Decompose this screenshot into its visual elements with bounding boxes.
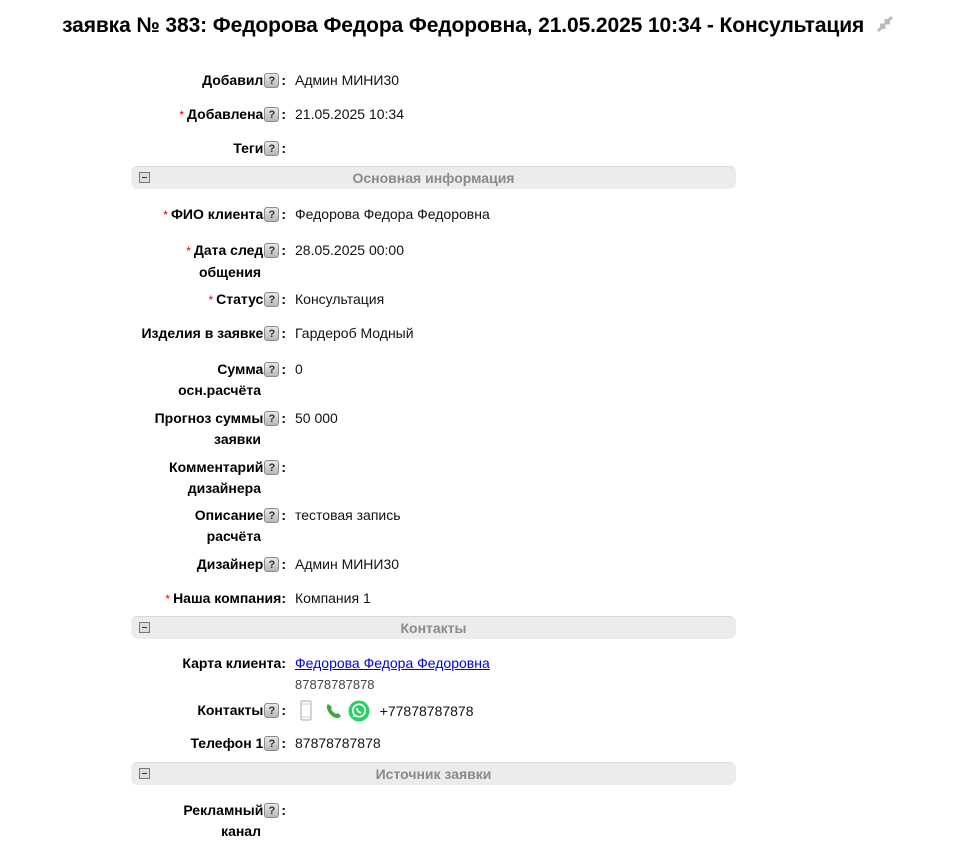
help-icon[interactable]: ? (264, 411, 279, 426)
field-label: Контакты (197, 702, 263, 718)
section-title: Контакты (131, 620, 736, 636)
field-label: Дата след (194, 242, 263, 258)
help-icon[interactable]: ? (264, 207, 279, 222)
help-icon[interactable]: ? (264, 736, 279, 751)
help-icon[interactable]: ? (264, 326, 279, 341)
field-label: Теги (233, 140, 263, 156)
whatsapp-icon[interactable] (348, 700, 370, 722)
field-label: Карта клиента: (182, 655, 286, 671)
page-title-text: заявка № 383: Федорова Федора Федоровна,… (62, 14, 864, 37)
field-label: Сумма (217, 361, 263, 377)
field-label: Статус (216, 291, 263, 307)
help-icon[interactable]: ? (264, 362, 279, 377)
help-icon[interactable]: ? (264, 460, 279, 475)
field-label: Наша компания: (173, 590, 286, 606)
field-value: 21.05.2025 10:34 (295, 104, 404, 125)
field-value: 50 000 (295, 408, 338, 429)
page-title: заявка № 383: Федорова Федора Федоровна,… (0, 14, 956, 38)
section-contacts[interactable]: Контакты (131, 616, 736, 639)
section-title: Источник заявки (131, 766, 736, 782)
help-icon[interactable]: ? (264, 703, 279, 718)
help-icon[interactable]: ? (264, 557, 279, 572)
field-value: Консультация (295, 289, 384, 310)
help-icon[interactable]: ? (264, 107, 279, 122)
field-label: Добавил (202, 72, 263, 88)
field-label: Телефон 1 (190, 735, 263, 751)
section-main-info[interactable]: Основная информация (131, 166, 736, 189)
mobile-phone-icon[interactable] (298, 700, 314, 722)
field-label: Добавлена (187, 106, 263, 122)
field-value: Компания 1 (295, 588, 371, 609)
help-icon[interactable]: ? (264, 243, 279, 258)
help-icon[interactable]: ? (264, 141, 279, 156)
field-label: Комментарий (169, 459, 263, 475)
field-label: Изделия в заявке (141, 325, 263, 341)
field-value: Федорова Федора Федоровна (295, 204, 490, 225)
phone-call-icon[interactable] (324, 701, 344, 721)
help-icon[interactable]: ? (264, 508, 279, 523)
contact-phone[interactable]: +77878787878 (380, 703, 474, 719)
field-value: 28.05.2025 00:00 (295, 240, 404, 261)
field-label: ФИО клиента (171, 206, 263, 222)
field-value: Админ МИНИ30 (295, 70, 399, 91)
section-title: Основная информация (131, 170, 736, 186)
field-label: Рекламный (183, 802, 263, 818)
field-label: Описание (195, 507, 264, 523)
required-mark: * (179, 108, 184, 122)
help-icon[interactable]: ? (264, 803, 279, 818)
collapse-arrows-icon[interactable] (876, 15, 894, 33)
client-card-phone: 87878787878 (295, 677, 375, 692)
field-value: 87878787878 (295, 733, 381, 754)
field-value: Гардероб Модный (295, 323, 414, 344)
field-label: Прогноз суммы (155, 410, 264, 426)
field-value: Админ МИНИ30 (295, 554, 399, 575)
field-value: 0 (295, 359, 303, 380)
section-source[interactable]: Источник заявки (131, 762, 736, 785)
help-icon[interactable]: ? (264, 292, 279, 307)
client-card-link[interactable]: Федорова Федора Федоровна (295, 655, 490, 671)
field-label: Дизайнер (197, 556, 264, 572)
help-icon[interactable]: ? (264, 73, 279, 88)
field-value: тестовая запись (295, 505, 401, 526)
